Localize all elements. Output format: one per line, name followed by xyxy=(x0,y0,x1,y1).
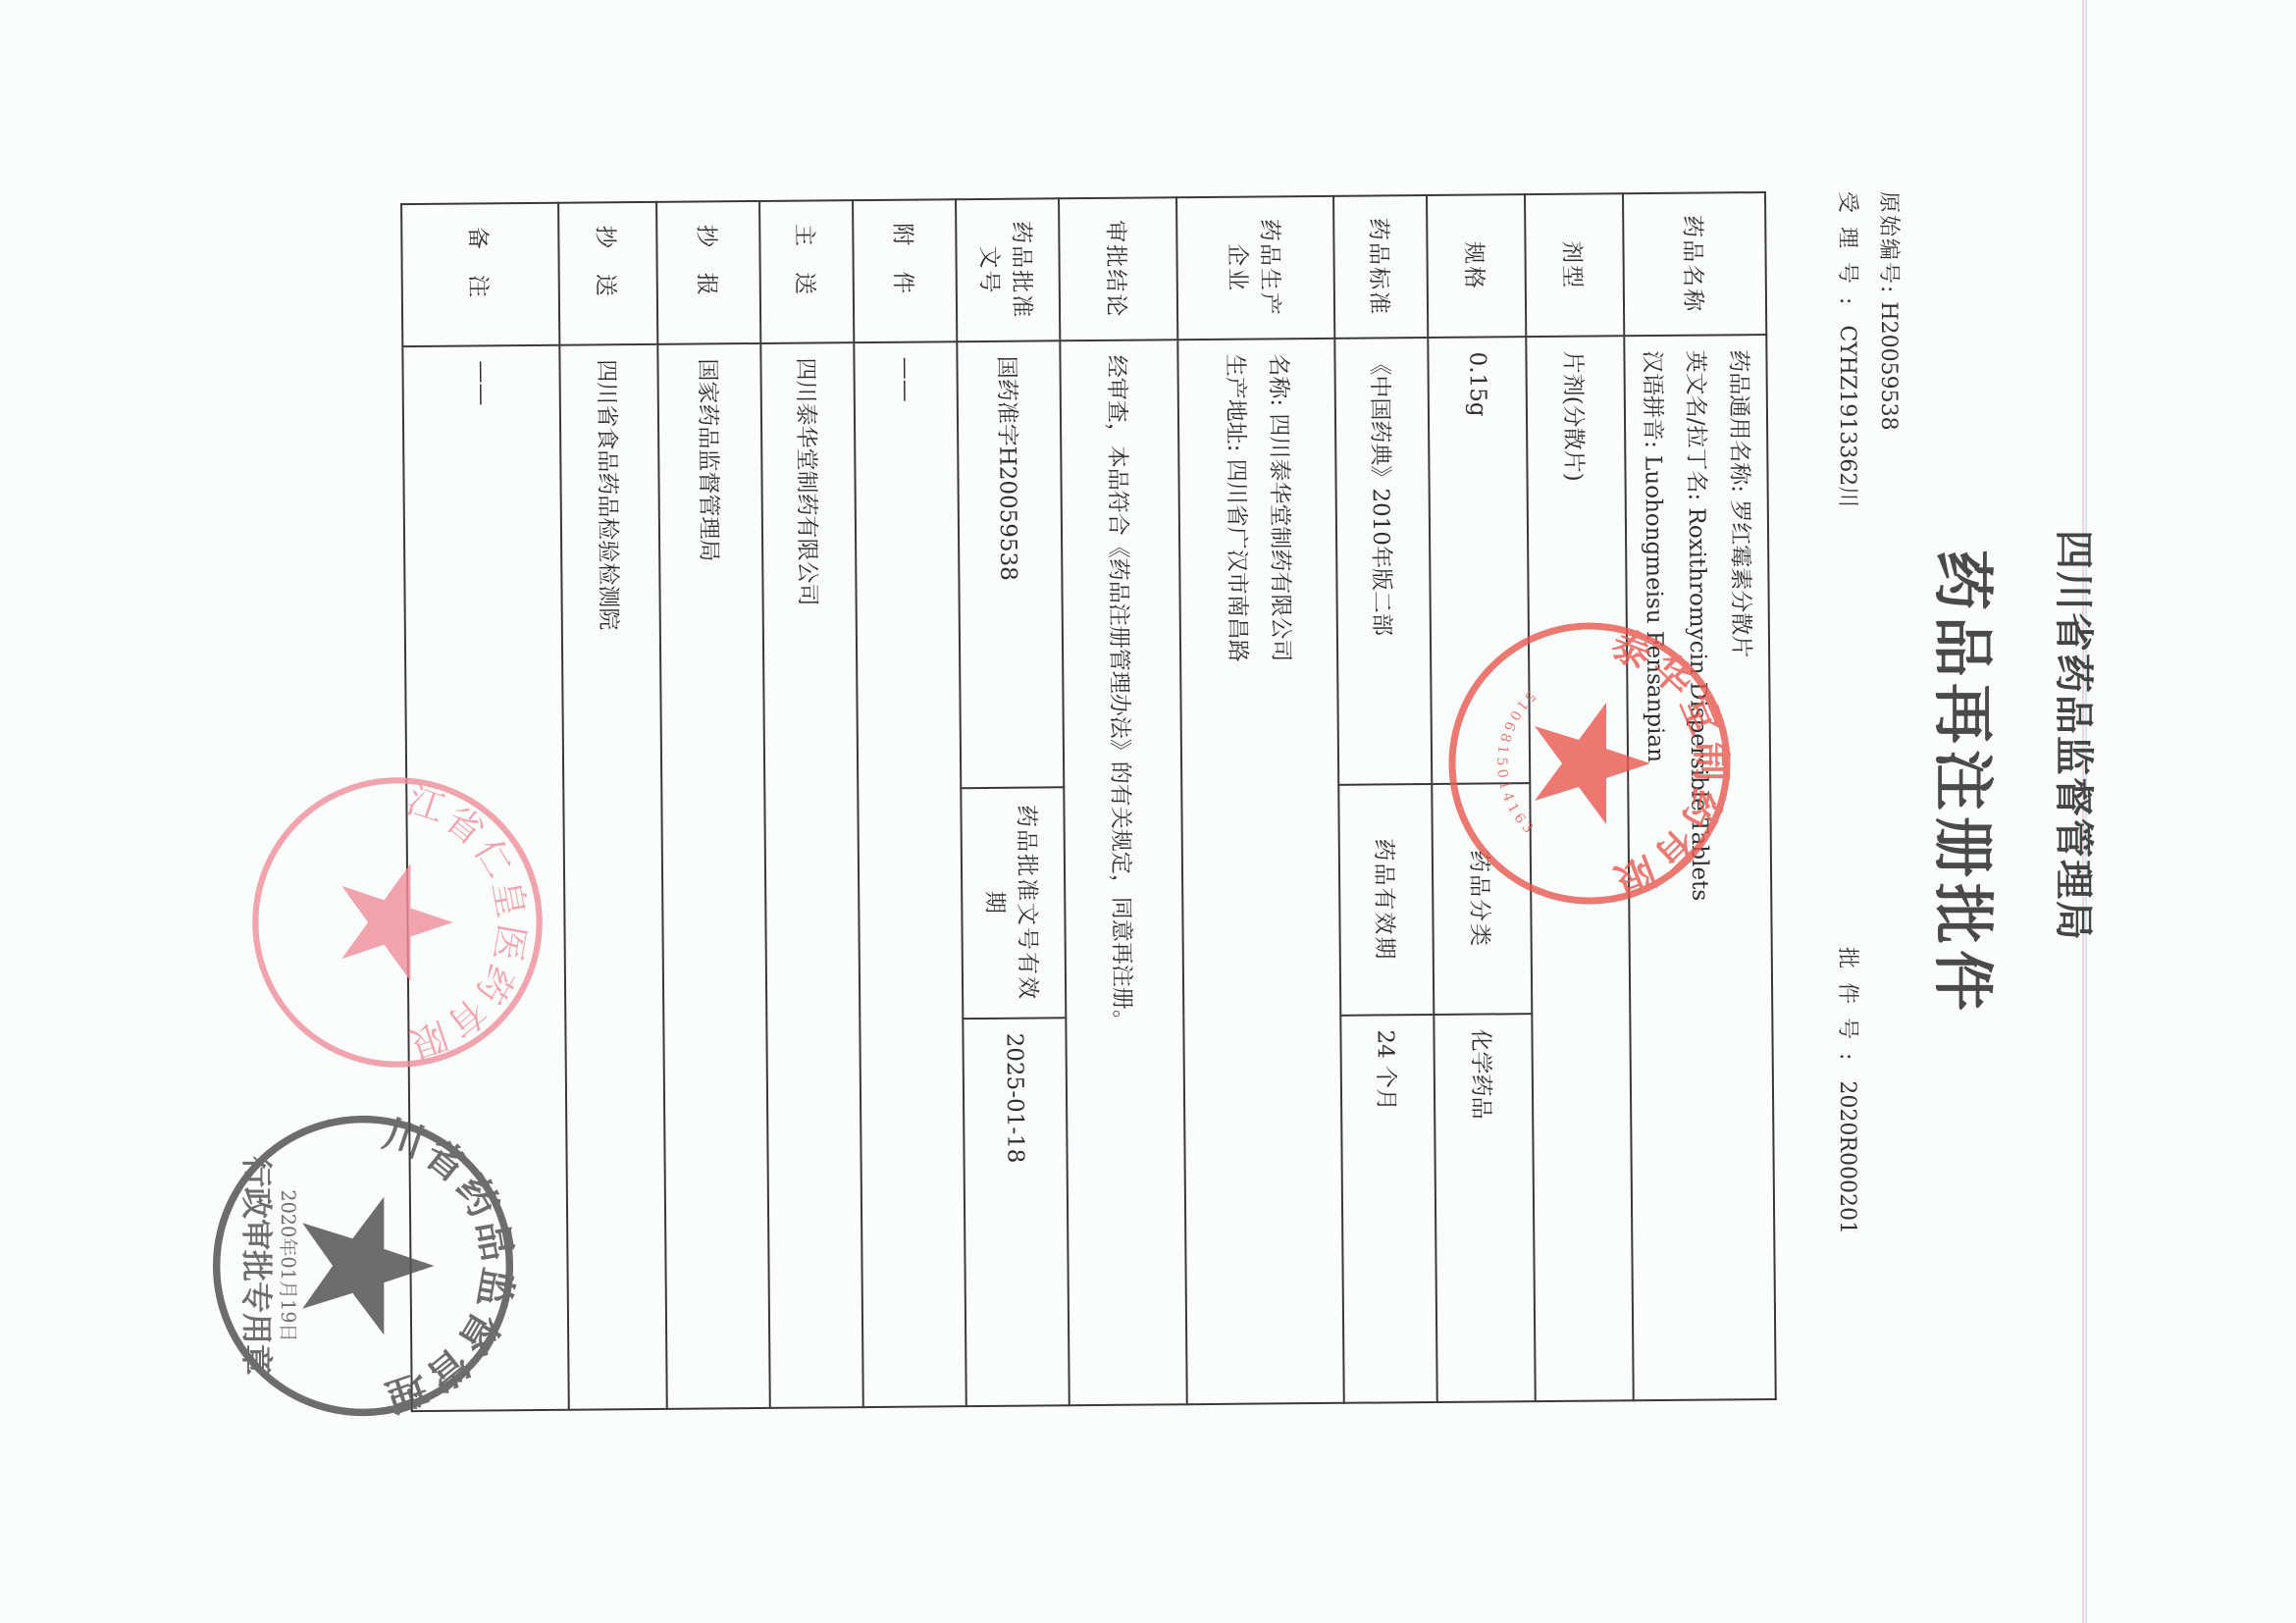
heilongjiang-seal: 黑龙江省仁皇医药有限公司 xyxy=(245,770,549,1074)
drug-name-label: 药品名称 xyxy=(1623,192,1766,336)
approval-document: 四川省药品监督管理局 药品再注册批件 原始编号: H20059538 受理号: … xyxy=(0,0,2296,1623)
conclusion-value: 经审查，本品符合《药品注册管理办法》的有关规定，同意再注册。 xyxy=(1060,340,1186,1405)
star-icon xyxy=(302,1197,434,1335)
manufacturer-address-value: 四川省广汉市南昌路 xyxy=(1223,459,1250,662)
main-recipient-label: 主送 xyxy=(759,200,854,343)
agency-seal: 四川省药品监督管理局 2020年01月19日 行政审批专用章 xyxy=(206,1109,520,1423)
seal-date: 2020年01月19日 xyxy=(277,1189,299,1341)
dosage-form-label: 剂型 xyxy=(1525,193,1624,337)
seal-graphic: 四川省药品监督管理局 2020年01月19日 行政审批专用章 xyxy=(206,1109,520,1423)
shelf-life-value: 24 个月 xyxy=(1340,1015,1436,1403)
attachment-label: 附件 xyxy=(853,199,957,342)
manufacturer-name: 名称: 四川泰华堂制药有限公司 xyxy=(1256,353,1308,1388)
table-row-manufacturer: 药品生产企业 名称: 四川泰华堂制药有限公司 生产地址: 四川省广汉市南昌路 xyxy=(1176,196,1344,1404)
main-recipient-value: 四川泰华堂制药有限公司 xyxy=(760,342,862,1408)
copy-to-value: 四川省食品药品检验检测院 xyxy=(559,344,666,1410)
copy-to-label: 抄送 xyxy=(558,202,657,345)
pinyin-label: 汉语拼音: xyxy=(1640,350,1666,448)
attachment-value: —— xyxy=(854,341,965,1407)
table-row-drug-standard: 药品标准 《中国药典》2010年版二部 药品有效期 24 个月 xyxy=(1333,195,1437,1403)
remarks-label: 备注 xyxy=(401,203,559,346)
svg-text:5106815014163: 5106815014163 xyxy=(1493,688,1539,840)
drug-standard-value: 《中国药典》2010年版二部 xyxy=(1334,338,1432,785)
table-row-copy-to: 抄送 四川省食品药品检验检测院 xyxy=(558,202,667,1410)
manufacturer-cell: 名称: 四川泰华堂制药有限公司 生产地址: 四川省广汉市南昌路 xyxy=(1177,339,1343,1404)
report-to-label: 抄报 xyxy=(656,201,760,344)
table-row-report-to: 抄报 国家药品监督管理局 xyxy=(656,201,770,1409)
original-number: 原始编号: H20059538 xyxy=(1875,191,1905,431)
table-row-approval-doc-number: 药品批准文号 国药准字H20059538 药品批准文号有效期 2025-01-1… xyxy=(956,198,1070,1406)
approval-number-value: 2020R000201 xyxy=(1835,1080,1859,1234)
shelf-life-label: 药品有效期 xyxy=(1338,784,1434,1016)
acceptance-number-label: 受理号: xyxy=(1835,191,1859,318)
table-row-conclusion: 审批结论 经审查，本品符合《药品注册管理办法》的有关规定，同意再注册。 xyxy=(1059,197,1187,1405)
seal-code: 5106815014163 xyxy=(1493,688,1539,840)
manufacturer-name-label: 名称: xyxy=(1265,353,1290,406)
specification-label: 规格 xyxy=(1427,194,1526,338)
seal-graphic: 黑龙江省仁皇医药有限公司 xyxy=(245,770,549,1074)
approval-validity-value: 2025-01-18 xyxy=(963,1018,1069,1406)
english-name-label: 英文名/拉丁名: xyxy=(1683,350,1709,501)
star-icon xyxy=(1535,703,1650,824)
approval-number: 批件号: 2020R000201 xyxy=(1834,947,1864,1234)
generic-name-label: 药品通用名称: xyxy=(1726,349,1752,493)
table-row-attachment: 附件 —— xyxy=(853,199,966,1407)
seal-graphic: 四川泰华堂制药有限公司 5106815014163 xyxy=(1442,616,1737,911)
original-number-value: H20059538 xyxy=(1876,301,1901,430)
drug-category-value: 化学药品 xyxy=(1434,1014,1535,1402)
issuing-agency: 四川省药品监督管理局 xyxy=(2049,530,2105,1119)
acceptance-number-value: CYHZ1913362川 xyxy=(1835,325,1859,507)
table-row-main-recipient: 主送 四川泰华堂制药有限公司 xyxy=(759,200,863,1408)
approval-validity-label: 药品批准文号有效期 xyxy=(961,787,1066,1019)
original-number-label: 原始编号: xyxy=(1876,191,1901,294)
manufacturer-name-value: 四川泰华堂制药有限公司 xyxy=(1266,413,1293,661)
seal-inner-text: 行政审批专用章 xyxy=(238,1156,276,1376)
manufacturer-address-label: 生产地址: xyxy=(1222,354,1248,452)
document-title: 药品再注册批件 xyxy=(1924,550,2011,1138)
manufacturer-address: 生产地址: 四川省广汉市南昌路 xyxy=(1213,354,1265,1389)
approval-doc-number-label: 药品批准文号 xyxy=(956,198,1060,341)
drug-standard-label: 药品标准 xyxy=(1333,195,1428,339)
approval-doc-number-value: 国药准字H20059538 xyxy=(957,340,1064,788)
manufacturer-label: 药品生产企业 xyxy=(1176,196,1334,340)
acceptance-number: 受理号: CYHZ1913362川 xyxy=(1834,191,1864,507)
report-to-value: 国家药品监督管理局 xyxy=(657,343,769,1409)
manufacturer-seal: 四川泰华堂制药有限公司 5106815014163 xyxy=(1442,616,1737,911)
approval-number-label: 批件号: xyxy=(1835,947,1859,1073)
star-icon xyxy=(341,864,453,981)
conclusion-label: 审批结论 xyxy=(1059,197,1177,340)
